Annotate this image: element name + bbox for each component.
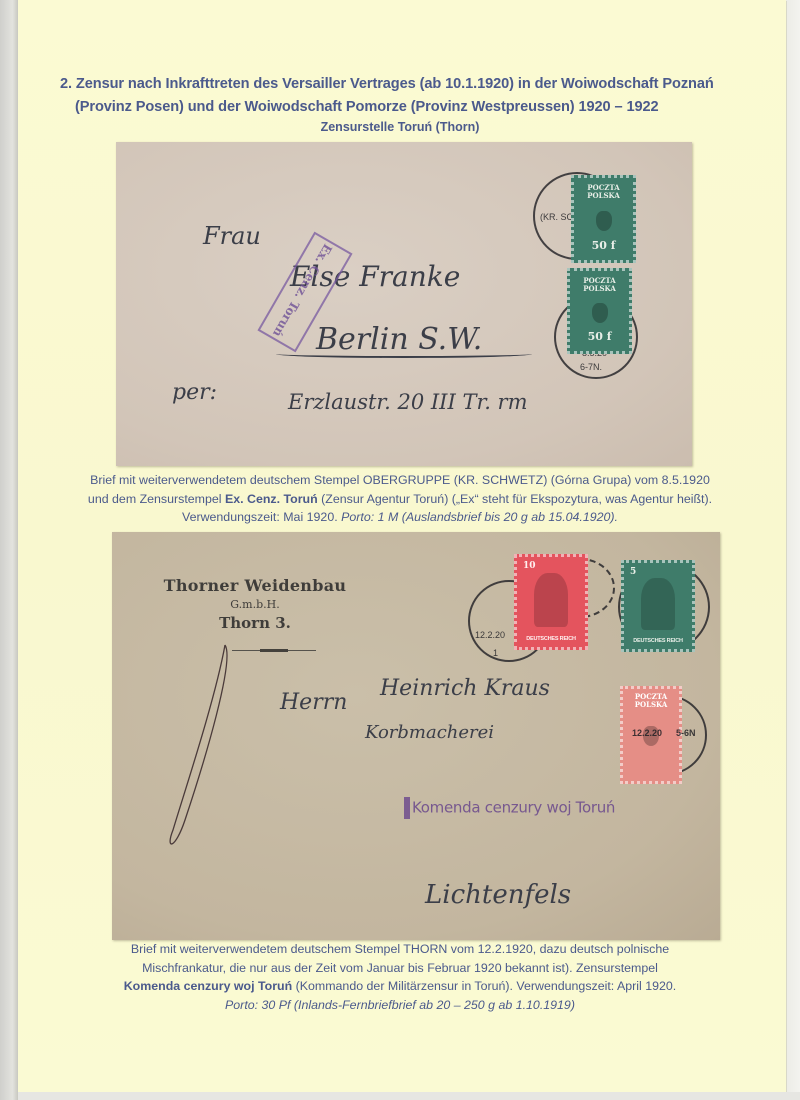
cover-2-addressee-name: Heinrich Kraus (380, 676, 550, 701)
caption-line: und dem Zensurstempel Ex. Cenz. Toruń (Z… (40, 490, 760, 509)
eagle-icon (596, 211, 612, 231)
caption-italic: Porto: 30 Pf (Inlands-Fernbriefbrief ab … (225, 998, 575, 1012)
germania-icon (534, 573, 568, 627)
cover-2-censor-stamp: Komenda cenzury woj Toruń (404, 797, 615, 819)
cover-2-letterhead: Thorner Weidenbau G.m.b.H. Thorn 3. (150, 576, 360, 632)
cover-2-caption: Brief mit weiterverwendetem deutschem St… (40, 940, 760, 1014)
stamp-country: POCZTA POLSKA (570, 277, 629, 293)
caption-bold: Komenda cenzury woj Toruń (124, 979, 292, 993)
scanner-edge (0, 0, 18, 1100)
stamp-value: 5 (630, 567, 636, 577)
postmark-number: 1 (493, 648, 498, 658)
caption-line: Komenda cenzury woj Toruń (Kommando der … (40, 977, 760, 996)
postmark-time: 6-7N. (580, 362, 602, 372)
cover-2-addressee-line2: Korbmacherei (365, 722, 494, 743)
stamp-country: DEUTSCHES REICH (517, 636, 585, 642)
postmark-date: 12.2.20 (475, 630, 505, 640)
page-title-line2: (Provinz Posen) und der Woiwodschaft Pom… (60, 96, 760, 119)
stamp-country: DEUTSCHES REICH (624, 638, 692, 644)
cover-1-addressee-street: Erzlaustr. 20 III Tr. rm (288, 390, 528, 414)
caption-bold: Ex. Cenz. Toruń (225, 492, 318, 506)
page-title: 2. Zensur nach Inkrafttreten des Versail… (60, 73, 760, 119)
cover-2-stamp-10pf: 10 DEUTSCHES REICH (514, 554, 588, 650)
page-title-line1: 2. Zensur nach Inkrafttreten des Versail… (60, 76, 714, 92)
letterhead-company: Thorner Weidenbau (150, 576, 360, 595)
stamp-bar (404, 797, 410, 819)
postmark-time: 5-6N (676, 728, 696, 738)
caption-text: und dem Zensurstempel (88, 492, 225, 506)
censor-stamp-text: Komenda cenzury woj Toruń (412, 799, 615, 817)
handwritten-flourish (165, 640, 245, 860)
caption-text: Verwendungszeit: Mai 1920. (182, 510, 341, 524)
cover-1-stamp-50f: POCZTA POLSKA 50 f (567, 268, 632, 354)
cover-2-salutation: Herrn (280, 690, 347, 715)
stamp-value: 50 f (570, 330, 629, 343)
cover-2-stamp-5pf: 5 DEUTSCHES REICH (621, 560, 695, 652)
caption-line: Verwendungszeit: Mai 1920. Porto: 1 M (A… (40, 508, 760, 527)
cover-2-addressee-city: Lichtenfels (425, 880, 571, 910)
caption-italic: Porto: 1 M (Auslandsbrief bis 20 g ab 15… (341, 510, 618, 524)
scanner-edge (18, 1092, 800, 1100)
caption-line: Porto: 30 Pf (Inlands-Fernbriefbrief ab … (40, 996, 760, 1015)
page-subtitle: Zensurstelle Toruń (Thorn) (0, 120, 800, 134)
letterhead-city: Thorn 3. (150, 614, 360, 632)
caption-line: Brief mit weiterverwendetem deutschem St… (40, 471, 760, 490)
cover-1-street-prefix: per: (172, 380, 217, 405)
germania-icon (641, 578, 675, 630)
eagle-icon (592, 303, 608, 323)
caption-text: (Kommando der Militärzensur in Toruń). V… (292, 979, 676, 993)
stamp-country: POCZTA POLSKA (574, 184, 633, 200)
postmark-date: 12.2.20 (632, 728, 662, 738)
scanner-edge (786, 0, 800, 1100)
cover-1-underline (276, 350, 532, 358)
cover-1-caption: Brief mit weiterverwendetem deutschem St… (40, 471, 760, 527)
stamp-country: POCZTA POLSKA (623, 693, 679, 709)
stamp-value: 50 f (574, 239, 633, 252)
letterhead-legal-form: G.m.b.H. (150, 598, 360, 611)
cover-1-salutation: Frau (203, 222, 261, 250)
caption-line: Mischfrankatur, die nur aus der Zeit vom… (40, 959, 760, 978)
caption-line: Brief mit weiterverwendetem deutschem St… (40, 940, 760, 959)
cover-1-stamp-50f: POCZTA POLSKA 50 f (571, 175, 636, 263)
caption-text: (Zensur Agentur Toruń) („Ex“ steht für E… (318, 492, 712, 506)
stamp-value: 10 (523, 561, 536, 571)
